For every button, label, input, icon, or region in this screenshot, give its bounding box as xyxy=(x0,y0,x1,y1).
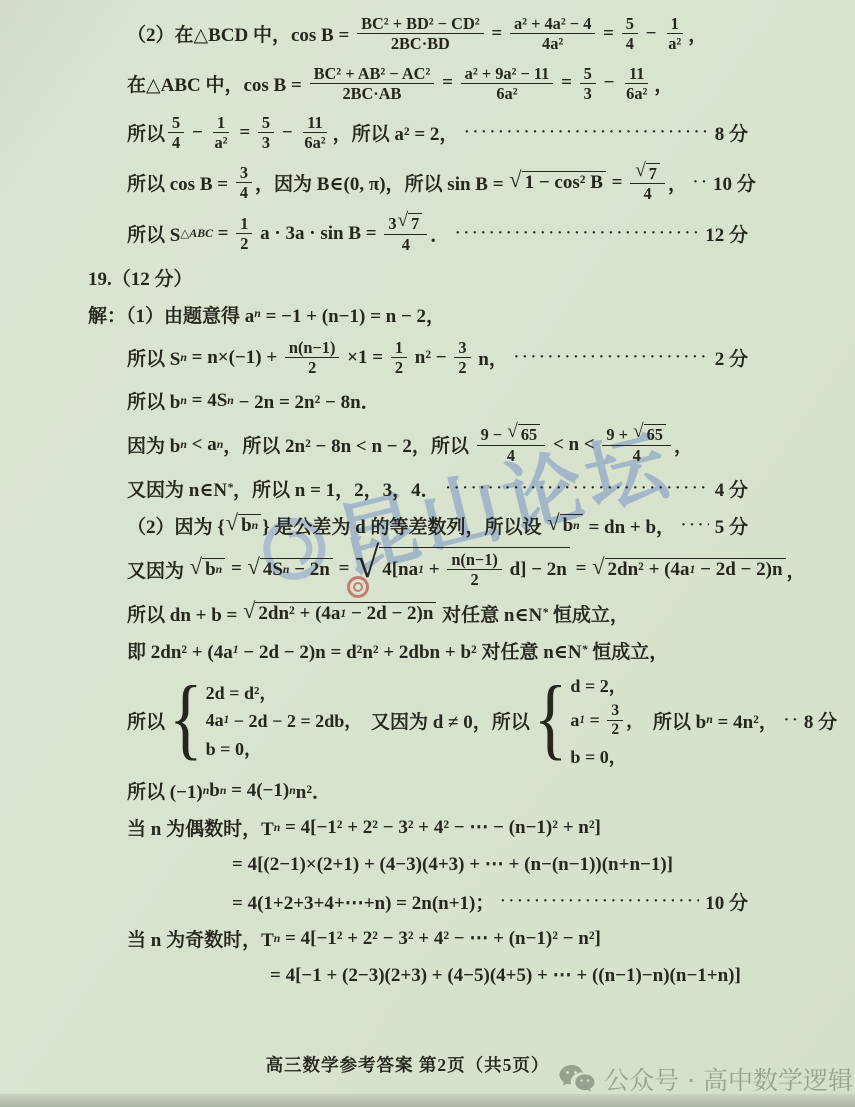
math-text: = xyxy=(437,72,457,94)
math-text: = n×(−1) + xyxy=(187,347,282,369)
fraction: 34 xyxy=(236,163,252,203)
fraction: 54 xyxy=(168,113,184,153)
fraction: BC² + AB² − AC²2BC·AB xyxy=(310,64,435,104)
fraction: 32 xyxy=(607,702,623,740)
math-text: = xyxy=(607,172,627,194)
fraction: 12 xyxy=(236,214,252,254)
math-text: 所以 S xyxy=(127,220,180,247)
math-text: 9 − xyxy=(481,425,507,444)
numerator: a² + 9a² − 11 xyxy=(461,64,554,84)
answer-line: 又因为 n∈N*，所以 n = 1，2，3，4．················… xyxy=(127,473,748,504)
answer-line: 因为 bn < an，所以 2n² − 8n < n − 2，所以 9 − √6… xyxy=(127,422,748,467)
math-text: d] − 2n xyxy=(505,559,567,581)
left-brace: { xyxy=(534,675,568,766)
score-label: 10 分 xyxy=(713,169,756,196)
score-label: 10 分 xyxy=(705,888,748,915)
denominator: 6a² xyxy=(300,133,329,152)
radicand: 4[na1 + n(n−1)2 d] − 2n xyxy=(379,547,570,592)
math-text: 又因为 d ≠ 0，所以 xyxy=(366,707,530,734)
denominator: 2 xyxy=(607,721,623,739)
wechat-icon xyxy=(558,1064,596,1094)
numerator: 3 xyxy=(607,702,623,721)
numerator: 5 xyxy=(258,113,274,133)
denominator: 3 xyxy=(580,84,596,103)
fraction: 1a² xyxy=(664,14,685,54)
math-text: = xyxy=(235,122,255,144)
math-text: 当 n 为奇数时，T xyxy=(127,925,274,952)
denominator: a² xyxy=(664,34,685,53)
math-text: （2）在△BCD 中，cos B = xyxy=(127,20,354,47)
numerator: 5 xyxy=(622,14,638,34)
numerator: 3√7 xyxy=(384,213,427,234)
math-text: 所以 cos B = xyxy=(127,169,233,196)
dotted-leader: ········································… xyxy=(446,480,709,497)
score-label: 2 分 xyxy=(715,344,748,371)
math-text: − 2d − 2)n xyxy=(695,559,782,581)
math-text: = 4S xyxy=(187,390,227,412)
math-text: 恒成立， xyxy=(548,600,629,627)
math-text: ． xyxy=(430,220,449,247)
fraction: 54 xyxy=(622,14,638,54)
math-text: （2）因为 { xyxy=(127,512,225,539)
math-text: = xyxy=(598,23,618,45)
fraction: 53 xyxy=(580,64,596,104)
math-text: ，所以 n = 1，2，3，4． xyxy=(233,475,440,502)
radical-sign-icon: √ xyxy=(248,556,260,578)
sqrt-radical: √bn xyxy=(190,558,225,581)
radical-sign-icon: √ xyxy=(633,422,644,441)
denominator: 4a² xyxy=(538,34,567,53)
score-label: 8 分 xyxy=(715,119,748,146)
math-text: 所以 b xyxy=(127,387,180,414)
answer-line: 又因为 √bn = √4Sn − 2n = √4[na1 + n(n−1)2 d… xyxy=(127,547,748,592)
math-text: ×1 = xyxy=(342,347,387,369)
math-text: 4[na xyxy=(382,559,418,581)
math-text: = xyxy=(334,558,354,580)
answer-line: = 4[(2−1)×(2+1) + (4−3)(4+3) + ⋯ + (n−(n… xyxy=(232,849,748,880)
math-text: 2dn² + (4a xyxy=(258,603,340,625)
denominator: 4 xyxy=(236,183,252,202)
numerator: 1 xyxy=(391,338,407,358)
dotted-leader: ········································… xyxy=(455,225,699,242)
math-text: 所以 (−1) xyxy=(127,777,203,804)
cases-group: {d = 2，a1 = 32，b = 0， xyxy=(534,672,644,770)
radicand: bn xyxy=(202,558,225,581)
sqrt-radical: √4Sn − 2n xyxy=(248,558,333,581)
math-text: ，所以 2n² − 8n < n − 2，所以 xyxy=(223,431,473,458)
denominator: 4 xyxy=(398,235,414,254)
math-text: b xyxy=(209,780,220,802)
math-text: 所以 S xyxy=(127,344,180,371)
footer-credit: 公众号 · 高中数学逻辑 xyxy=(558,1061,853,1097)
fraction: 12 xyxy=(391,338,407,378)
denominator: 4 xyxy=(622,34,638,53)
math-text: n² − xyxy=(410,347,451,369)
math-text: 7 xyxy=(649,164,657,183)
denominator: 2 xyxy=(454,358,470,377)
math-text: − 2d − 2 = 2db， xyxy=(229,707,362,733)
math-text: 又因为 n∈N xyxy=(127,475,227,502)
fraction: √74 xyxy=(630,163,665,204)
math-text: ， xyxy=(787,556,806,583)
sqrt-radical: √2dn² + (4a1 − 2d − 2)n xyxy=(243,602,436,625)
fraction: 116a² xyxy=(300,113,329,153)
fraction: 9 − √654 xyxy=(477,424,546,465)
math-text: n²． xyxy=(296,777,331,804)
radicand: 65 xyxy=(518,424,540,444)
radicand: 7 xyxy=(408,213,422,233)
fraction: 3√74 xyxy=(384,213,427,254)
cases-row: 4a1 − 2d − 2 = 2db， xyxy=(206,707,363,733)
math-text: = 4[−1² + 2² − 3² + 4² − ⋯ − (n−1)² + n²… xyxy=(280,816,601,839)
cases-rows: 2d = d²，4a1 − 2d − 2 = 2db，b = 0， xyxy=(206,679,363,761)
radical-sign-icon: √ xyxy=(190,556,202,578)
math-text: = xyxy=(556,72,576,94)
radicand: 7 xyxy=(646,163,660,183)
math-text: } 是公差为 d 的等差数列，所以设 xyxy=(262,512,546,539)
math-text: 又因为 xyxy=(127,556,189,583)
sqrt-radical: √2dn² + (4a1 − 2d − 2)n xyxy=(592,558,785,581)
score-label: 8 分 xyxy=(804,707,837,734)
numerator: BC² + BD² − CD² xyxy=(357,14,484,34)
math-text: 所以 xyxy=(127,119,165,146)
dotted-leader: ········································… xyxy=(514,349,709,366)
math-text: = 4[(2−1)×(2+1) + (4−3)(4+3) + ⋯ + (n−(n… xyxy=(232,853,673,876)
math-text: = xyxy=(213,223,233,245)
radical-sign-icon: √ xyxy=(226,512,238,534)
math-text: b = 0， xyxy=(206,735,262,761)
math-text: 因为 b xyxy=(127,431,180,458)
answer-line: 在△ABC 中，cos B = BC² + AB² − AC²2BC·AB = … xyxy=(127,62,748,106)
math-text: a xyxy=(570,710,579,731)
math-text: 恒成立， xyxy=(587,637,668,664)
fraction: a² + 9a² − 116a² xyxy=(461,64,554,104)
radical-sign-icon: √ xyxy=(547,512,559,534)
math-text: < n < xyxy=(548,434,599,456)
sqrt-radical: √7 xyxy=(635,163,660,183)
math-text: 在△ABC 中，cos B = xyxy=(127,70,307,97)
numerator: √7 xyxy=(630,163,665,184)
dotted-leader: ········································… xyxy=(693,174,707,191)
math-text: a · 3a · sin B = xyxy=(255,223,381,245)
math-text: b xyxy=(241,515,252,537)
math-text: + xyxy=(424,559,444,581)
denominator: 6a² xyxy=(492,84,521,103)
math-text: = xyxy=(487,23,507,45)
math-text: − 2d − 2)n xyxy=(346,603,433,625)
answer-line: 所以 S△ABC = 12 a · 3a · sin B = 3√74．····… xyxy=(127,211,748,256)
radicand: 65 xyxy=(644,424,666,444)
sqrt-radical: √65 xyxy=(507,424,540,444)
radical-sign-icon: √ xyxy=(592,556,604,578)
cases-group: {2d = d²，4a1 − 2d − 2 = 2db，b = 0， xyxy=(169,679,362,761)
math-text: 19.（12 分） xyxy=(88,264,193,291)
denominator: 4 xyxy=(629,446,645,465)
cases-row: a1 = 32， xyxy=(570,700,644,742)
fraction: a² + 4a² − 44a² xyxy=(510,14,595,54)
math-text: d = 2， xyxy=(570,672,626,698)
math-text: = xyxy=(226,558,246,580)
math-text: = −1 + (n−1) = n − 2， xyxy=(261,301,445,328)
radicand: 4Sn − 2n xyxy=(260,558,333,581)
numerator: 1 xyxy=(667,14,683,34)
answer-line: 即 2dn² + (4a1 − 2d − 2)n = d²n² + 2dbn +… xyxy=(127,635,748,666)
denominator: a² xyxy=(211,133,232,152)
math-text: − 2n xyxy=(289,559,329,581)
radical-sign-icon: √ xyxy=(355,550,379,576)
numerator: n(n−1) xyxy=(447,550,502,570)
dotted-leader: ········································… xyxy=(500,893,699,910)
answer-line: 所以 (−1)nbn = 4(−1)nn²． xyxy=(127,775,748,806)
answer-line: = 4[−1 + (2−3)(2+3) + (4−5)(4+5) + ⋯ + (… xyxy=(270,960,748,991)
score-label: 12 分 xyxy=(705,220,748,247)
math-text: ， xyxy=(674,431,693,458)
answer-line: 所以 Sn = n×(−1) + n(n−1)2 ×1 = 12 n² − 32… xyxy=(127,336,748,380)
math-text: − 2n = 2n² − 8n． xyxy=(234,387,380,414)
answer-line: 所以 bn = 4Sn − 2n = 2n² − 8n． xyxy=(127,385,748,416)
math-text: 4a xyxy=(206,710,224,731)
radical-sign-icon: √ xyxy=(507,422,518,441)
math-text: ，因为 B∈(0, π)，所以 sin B = xyxy=(255,169,508,196)
math-text: ， xyxy=(626,707,644,733)
fraction: n(n−1)2 xyxy=(447,550,502,590)
numerator: 9 + √65 xyxy=(602,424,671,445)
radicand: 2dn² + (4a1 − 2d − 2)n xyxy=(605,558,786,581)
math-text: = dn + b， xyxy=(584,512,675,539)
sqrt-radical: √7 xyxy=(398,213,423,233)
answer-line: 19.（12 分） xyxy=(88,262,748,293)
answer-line: 所以{2d = d²，4a1 − 2d − 2 = 2db，b = 0， 又因为… xyxy=(127,672,748,770)
math-text: − xyxy=(277,122,297,144)
cases-row: d = 2， xyxy=(570,672,644,698)
answer-line: 所以 dn + b = √2dn² + (4a1 − 2d − 2)n 对任意 … xyxy=(127,598,748,629)
math-text: − xyxy=(187,122,207,144)
answer-sheet-page: 昆山论坛 （2）在△BCD 中，cos B = BC² + BD² − CD²2… xyxy=(0,0,855,1107)
math-text: n， xyxy=(474,344,508,371)
sqrt-radical: √bn xyxy=(226,514,261,537)
math-text: 对任意 n∈N xyxy=(437,600,542,627)
numerator: 3 xyxy=(454,338,470,358)
math-text: = xyxy=(585,710,604,731)
numerator: 5 xyxy=(580,64,596,84)
math-text: 即 2dn² + (4a xyxy=(127,637,233,664)
math-text: 4S xyxy=(263,559,283,581)
answer-line: 当 n 为偶数时，Tn = 4[−1² + 2² − 3² + 4² − ⋯ −… xyxy=(127,812,748,843)
math-text: 7 xyxy=(411,214,419,233)
numerator: 1 xyxy=(213,113,229,133)
denominator: 3 xyxy=(258,133,274,152)
sqrt-radical: √4[na1 + n(n−1)2 d] − 2n xyxy=(355,547,570,592)
denominator: 4 xyxy=(168,133,184,152)
radical-sign-icon: √ xyxy=(398,211,409,230)
math-text: b xyxy=(563,515,574,537)
math-text: 65 xyxy=(521,425,537,444)
math-text: b xyxy=(205,559,216,581)
numerator: 11 xyxy=(625,64,648,84)
fraction: n(n−1)2 xyxy=(285,338,340,378)
radical-sign-icon: √ xyxy=(635,161,646,180)
score-label: 4 分 xyxy=(715,475,748,502)
denominator: 2BC·BD xyxy=(387,34,454,53)
math-text: 当 n 为偶数时，T xyxy=(127,814,274,841)
answer-line: 当 n 为奇数时，Tn = 4[−1² + 2² − 3² + 4² − ⋯ +… xyxy=(127,923,748,954)
math-text: = xyxy=(571,558,591,580)
answer-lines: （2）在△BCD 中，cos B = BC² + BD² − CD²2BC·BD… xyxy=(0,0,855,991)
math-text: − xyxy=(599,72,619,94)
cases-row: b = 0， xyxy=(570,743,644,769)
numerator: 5 xyxy=(168,113,184,133)
numerator: BC² + AB² − AC² xyxy=(310,64,435,84)
denominator: 6a² xyxy=(622,84,651,103)
footer-credit-text: 公众号 · 高中数学逻辑 xyxy=(604,1061,853,1097)
math-text: = 4n²， xyxy=(713,707,778,734)
math-text: = 4(−1) xyxy=(226,780,289,802)
dotted-leader: ········································… xyxy=(681,517,709,534)
math-text: b = 0， xyxy=(570,743,626,769)
denominator: 4 xyxy=(640,184,656,203)
radicand: 2dn² + (4a1 − 2d − 2)n xyxy=(255,602,436,625)
radical-sign-icon: √ xyxy=(509,169,521,191)
numerator: 11 xyxy=(303,113,326,133)
math-text: ，所以 a² = 2， xyxy=(333,119,459,146)
math-text: = 4[−1 + (2−3)(2+3) + (4−5)(4+5) + ⋯ + (… xyxy=(270,964,741,987)
left-brace: { xyxy=(169,675,203,766)
cases-row: 2d = d²， xyxy=(206,679,363,705)
fraction: 1a² xyxy=(211,113,232,153)
math-text: 1 − cos² B xyxy=(525,172,603,194)
sqrt-radical: √65 xyxy=(633,424,666,444)
cases-rows: d = 2，a1 = 32，b = 0， xyxy=(570,672,644,770)
math-text: 65 xyxy=(647,425,663,444)
numerator: 3 xyxy=(236,163,252,183)
answer-line: （2）在△BCD 中，cos B = BC² + BD² − CD²2BC·BD… xyxy=(127,12,748,56)
denominator: 2BC·AB xyxy=(338,84,405,103)
fraction: 32 xyxy=(454,338,470,378)
dotted-leader: ········································… xyxy=(784,712,798,729)
answer-line: 所以 cos B = 34，因为 B∈(0, π)，所以 sin B = √1 … xyxy=(127,161,748,206)
math-text: ， xyxy=(688,20,707,47)
numerator: a² + 4a² − 4 xyxy=(510,14,595,34)
math-text: ， xyxy=(654,70,673,97)
math-text: 所以 xyxy=(127,707,165,734)
denominator: 2 xyxy=(391,358,407,377)
math-text: 3 xyxy=(388,214,396,233)
fraction: BC² + BD² − CD²2BC·BD xyxy=(357,14,484,54)
score-label: 5 分 xyxy=(715,512,748,539)
denominator: 4 xyxy=(503,446,519,465)
math-text: 9 + xyxy=(606,425,632,444)
denominator: 2 xyxy=(466,570,482,589)
radical-sign-icon: √ xyxy=(243,600,255,622)
math-text: 所以 dn + b = xyxy=(127,600,242,627)
math-text: 2d = d²， xyxy=(206,679,278,705)
math-text: ， xyxy=(668,169,687,196)
answer-line: 所以54 − 1a² = 53 − 116a²，所以 a² = 2，······… xyxy=(127,111,748,155)
sqrt-radical: √bn xyxy=(547,514,582,537)
math-text: = 4[−1² + 2² − 3² + 4² − ⋯ + (n−1)² − n²… xyxy=(280,927,601,950)
dotted-leader: ········································… xyxy=(464,124,708,141)
math-text: − 2d − 2)n = d²n² + 2dbn + b² 对任意 n∈N xyxy=(239,637,582,664)
radicand: bn xyxy=(560,514,583,537)
numerator: 9 − √65 xyxy=(477,424,546,445)
fraction: 9 + √654 xyxy=(602,424,671,465)
answer-line: 解：（1）由题意得 an = −1 + (n−1) = n − 2， xyxy=(88,299,748,330)
math-text: = 4(1+2+3+4+⋯+n) = 2n(n+1)； xyxy=(232,888,494,915)
cases-row: b = 0， xyxy=(206,735,363,761)
math-text: 2dn² + (4a xyxy=(608,559,690,581)
math-text: − xyxy=(641,23,661,45)
denominator: 2 xyxy=(304,358,320,377)
math-text: 解：（1）由题意得 a xyxy=(88,301,254,328)
sqrt-radical: √1 − cos² B xyxy=(509,171,606,194)
answer-line: （2）因为 {√bn} 是公差为 d 的等差数列，所以设 √bn = dn + … xyxy=(127,510,748,541)
fraction: 53 xyxy=(258,113,274,153)
answer-line: = 4(1+2+3+4+⋯+n) = 2n(n+1)；·············… xyxy=(232,886,748,917)
radicand: 1 − cos² B xyxy=(522,171,606,194)
numerator: 1 xyxy=(236,214,252,234)
math-text: 所以 b xyxy=(648,707,706,734)
denominator: 2 xyxy=(236,234,252,253)
math-text: < a xyxy=(187,434,217,456)
radicand: bn xyxy=(238,514,261,537)
numerator: n(n−1) xyxy=(285,338,340,358)
fraction: 116a² xyxy=(622,64,651,104)
